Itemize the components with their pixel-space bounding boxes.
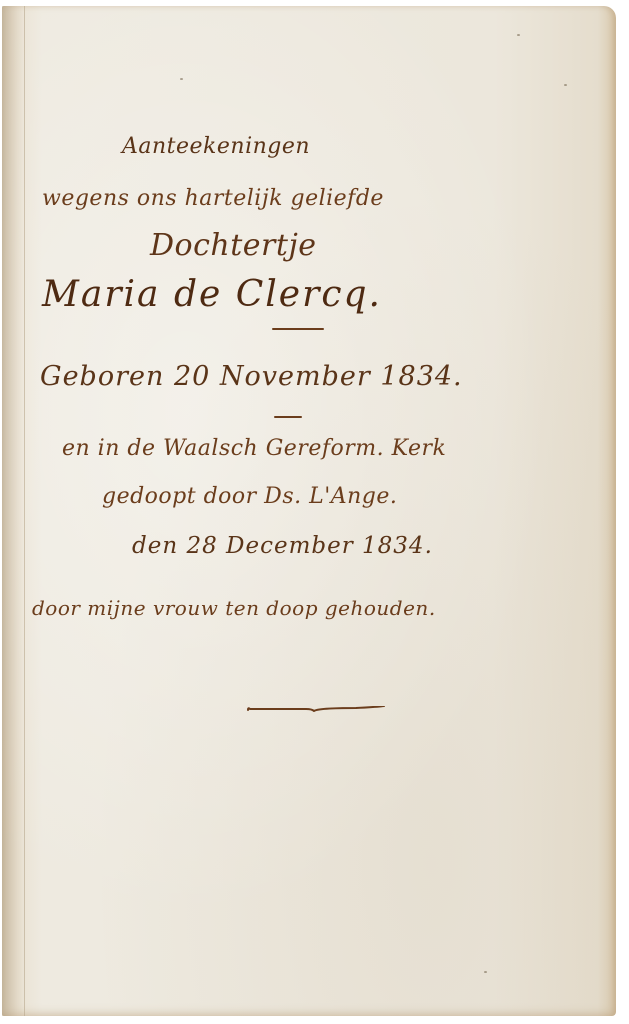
separator-dash <box>272 328 324 330</box>
paper-speck <box>180 78 183 80</box>
paper-speck <box>484 971 487 973</box>
baptized-by-line: gedoopt door Ds. L'Ange. <box>102 484 397 509</box>
name-line: Maria de Clercq. <box>42 274 382 315</box>
daughter-line: Dochtertje <box>150 228 317 263</box>
closing-flourish-icon <box>246 706 386 712</box>
subheading-line: wegens ons hartelijk geliefde <box>42 186 384 211</box>
birth-date-line: Geboren 20 November 1834. <box>40 361 463 392</box>
paper-speck <box>517 34 520 36</box>
paper-speck <box>564 84 567 86</box>
church-line: en in de Waalsch Gereform. Kerk <box>62 436 446 461</box>
heading-line: Aanteekeningen <box>122 134 310 159</box>
manuscript-page: Aanteekeningen wegens ons hartelijk geli… <box>2 6 616 1016</box>
binding-edge <box>2 6 25 1016</box>
baptism-date-line: den 28 December 1834. <box>132 533 433 559</box>
separator-dash <box>274 416 302 418</box>
godparent-line: door mijne vrouw ten doop gehouden. <box>32 596 436 620</box>
